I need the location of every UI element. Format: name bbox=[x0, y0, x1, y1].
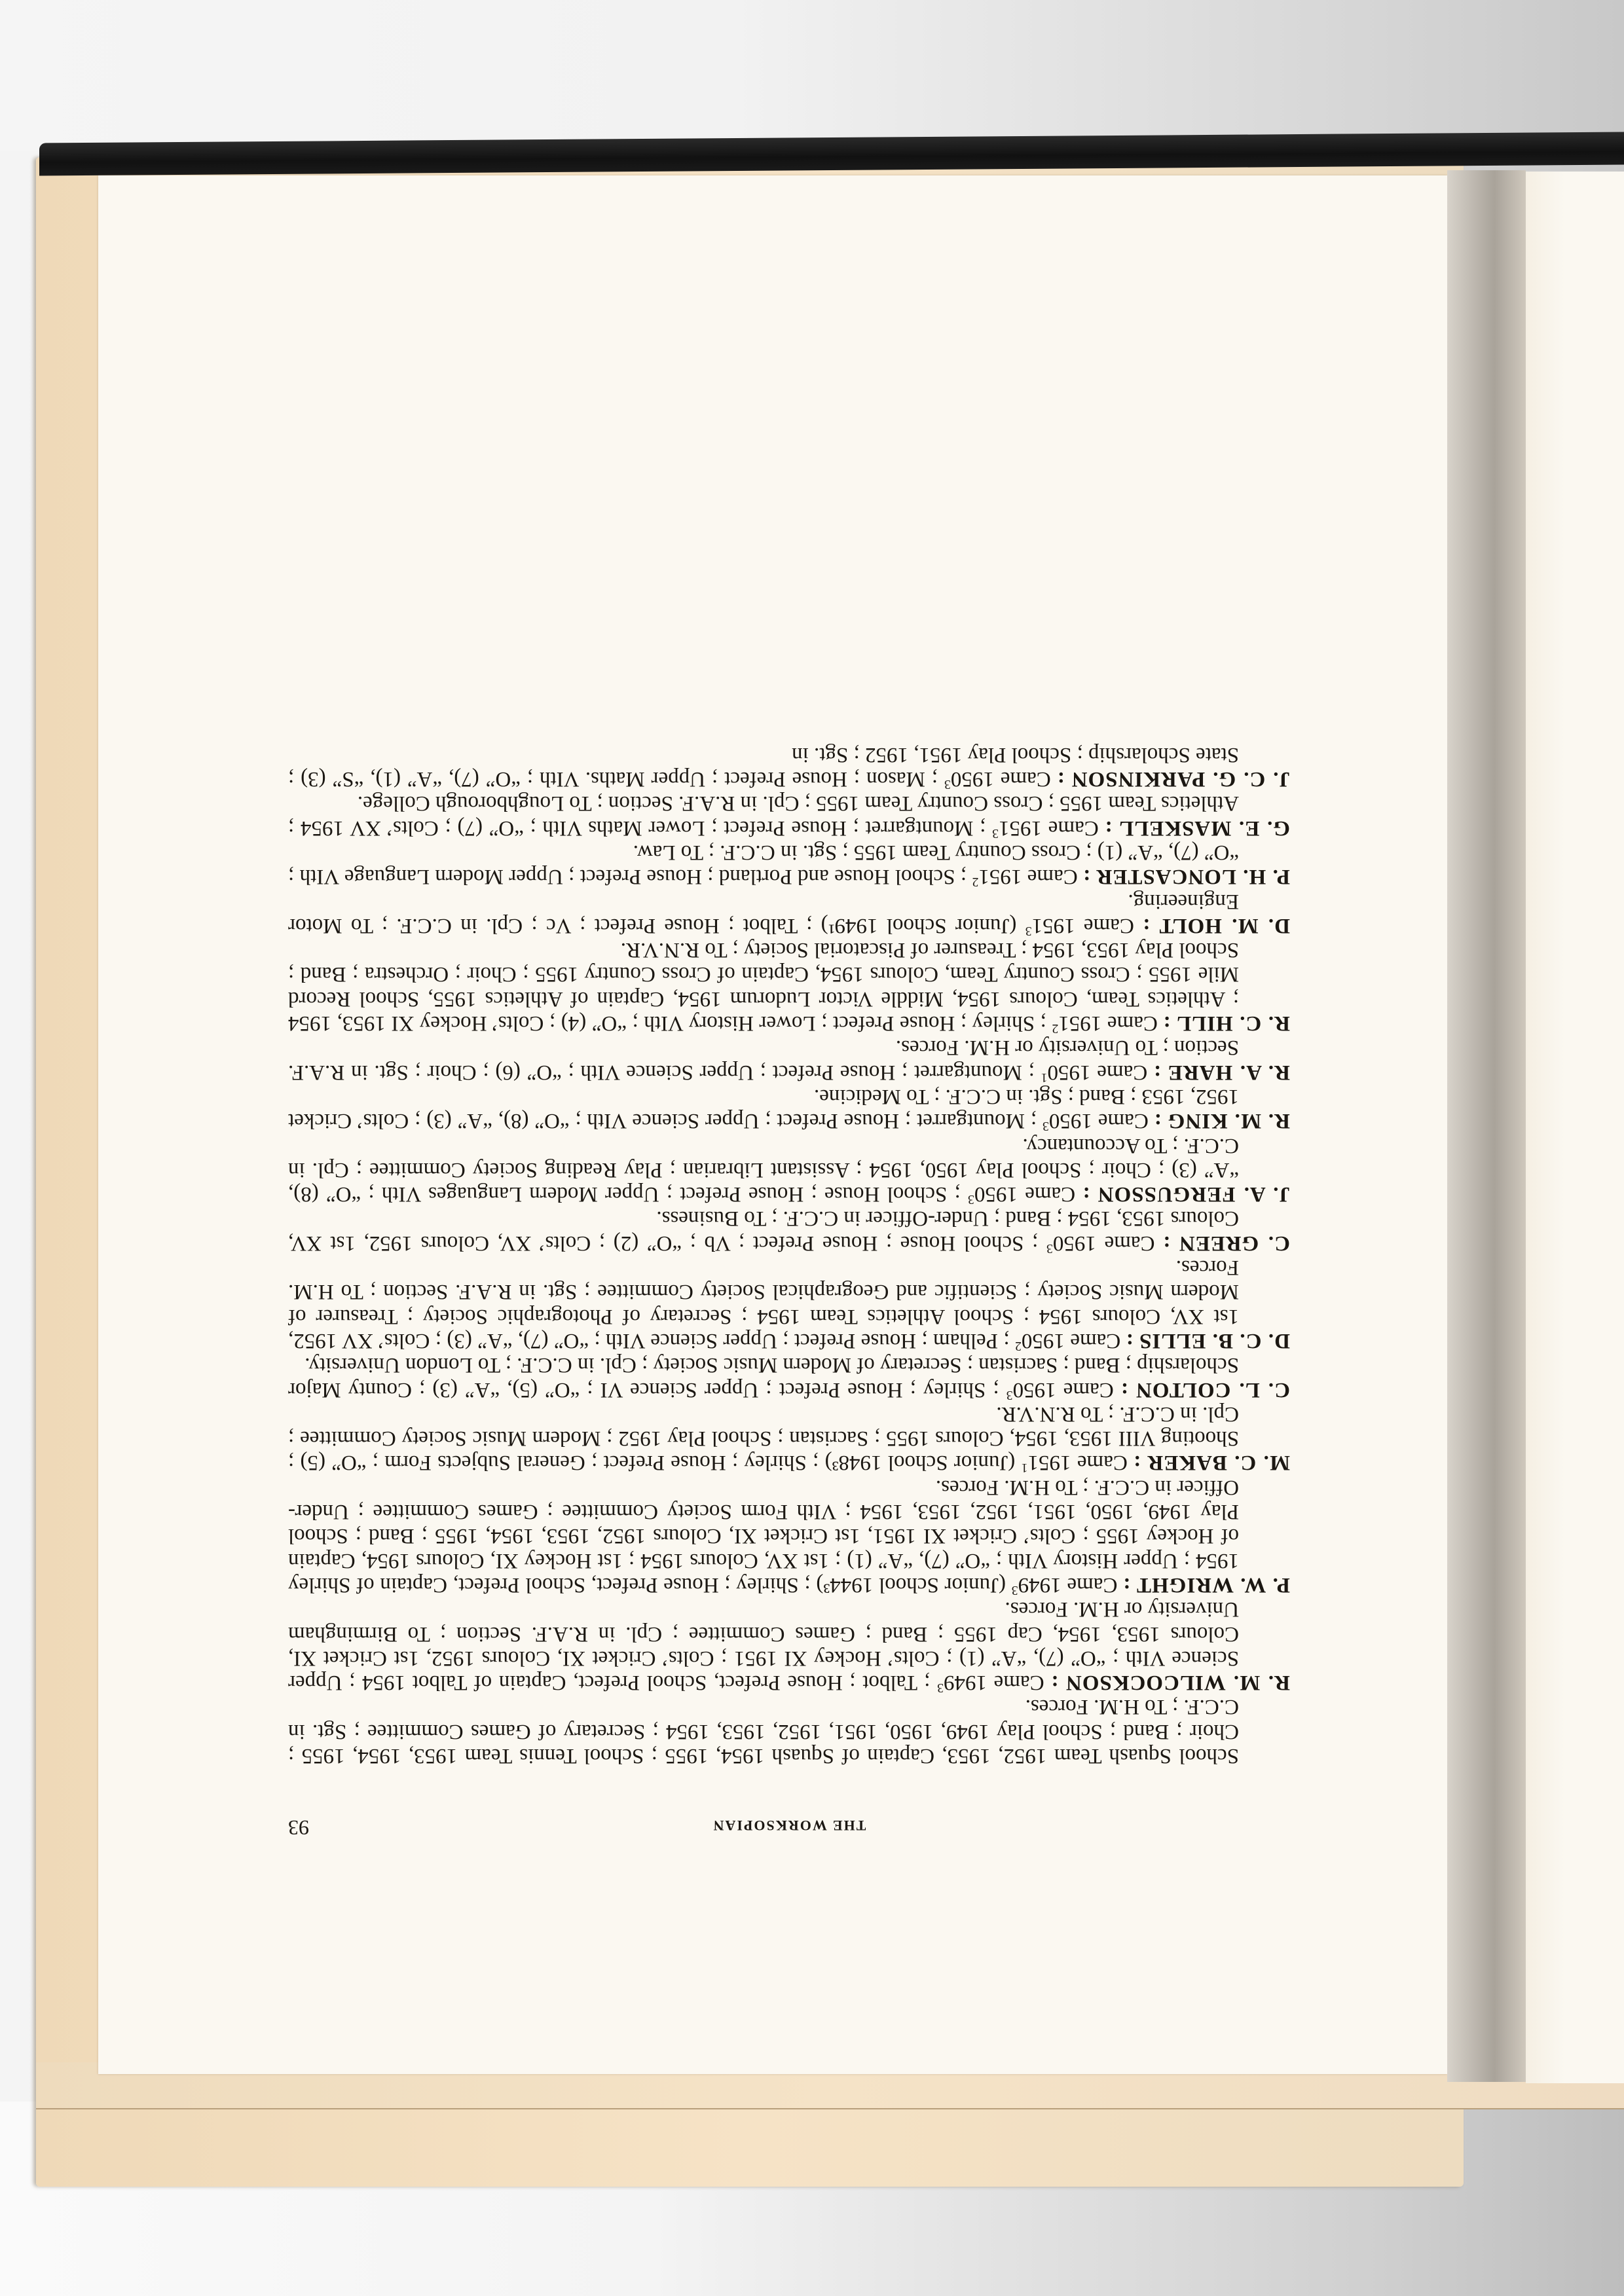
entry-name: D. M. HOLT bbox=[1159, 914, 1290, 938]
leaver-entry: P. H. LONCASTER : Came 19512 ; School Ho… bbox=[288, 840, 1290, 889]
entry-came-year: Came 1950 bbox=[1013, 1378, 1114, 1402]
entry-continuation: School Squash Team 1952, 1953, Captain o… bbox=[288, 1694, 1290, 1768]
entry-name: D. C. B. ELLIS bbox=[1139, 1329, 1290, 1353]
entry-came-year: Came 1950 bbox=[1049, 1109, 1149, 1133]
leaver-entry: R. M. KING : Came 19503 ; Mountgarret ; … bbox=[288, 1084, 1290, 1133]
leaver-entry: D. M. HOLT : Came 19513 (Junior School 1… bbox=[288, 888, 1290, 938]
entry-came-year: Came 1950 bbox=[1022, 1329, 1120, 1353]
entry-term-superscript: 1 bbox=[1041, 1070, 1048, 1085]
entry-came-year: Came 1950 bbox=[1047, 1061, 1147, 1084]
page-text-block: THE WORKSOPIAN 93 School Squash Team 195… bbox=[288, 383, 1290, 1840]
leaver-entry: C. L. COLTON : Came 19503 ; Shirley ; Ho… bbox=[288, 1353, 1290, 1402]
entry-name: R. A. HARE bbox=[1168, 1061, 1290, 1084]
entry-term-superscript: 2 bbox=[1052, 1021, 1058, 1036]
entry-colon: : bbox=[1117, 1573, 1136, 1597]
entry-came-year: Came 1951 bbox=[1028, 1451, 1128, 1474]
scanner-background-top bbox=[0, 0, 1624, 151]
leaver-entry: R. M. WILCOCKSON : Came 19493 ; Talbot ;… bbox=[288, 1597, 1290, 1694]
leaver-entry: J. A. FERGUSSON : Came 19503 ; School Ho… bbox=[288, 1133, 1290, 1206]
leaver-entry: P. W. WRIGHT : Came 19493 (Junior School… bbox=[288, 1474, 1290, 1596]
entry-came-year: Came 1949 bbox=[1018, 1573, 1118, 1597]
entry-came-year: Came 1950 bbox=[974, 1182, 1075, 1206]
entry-colon: : bbox=[1147, 1061, 1168, 1084]
entry-name: P. H. LONCASTER bbox=[1096, 865, 1290, 888]
leaver-entry: R. C. HILL : Came 19512 ; Shirley ; Hous… bbox=[288, 938, 1290, 1035]
running-head-title: THE WORKSOPIAN bbox=[327, 1813, 1251, 1838]
book-gutter bbox=[1447, 170, 1526, 2082]
entry-term-superscript: 3 bbox=[937, 1681, 944, 1695]
entry-term-superscript: 2 bbox=[1015, 1339, 1022, 1353]
entry-colon: : bbox=[1149, 1109, 1168, 1133]
entry-came-year: Came 1951 bbox=[1058, 1011, 1158, 1035]
entry-name: C. L. COLTON bbox=[1135, 1378, 1290, 1402]
leaver-entry: D. C. B. ELLIS : Came 19502 ; Pelham ; H… bbox=[288, 1255, 1290, 1353]
entry-colon: : bbox=[1114, 1378, 1135, 1402]
leaver-entry: M. C. BAKER : Came 19511 (Junior School … bbox=[288, 1402, 1290, 1475]
entry-name: P. W. WRIGHT bbox=[1136, 1573, 1290, 1597]
entry-term-superscript: 3 bbox=[992, 826, 999, 841]
entry-term-superscript: 2 bbox=[972, 875, 978, 889]
entry-term-superscript: 1 bbox=[1022, 1461, 1028, 1475]
entry-name: M. C. BAKER bbox=[1147, 1451, 1291, 1474]
running-head: THE WORKSOPIAN 93 bbox=[288, 1813, 1290, 1840]
entry-colon: : bbox=[1078, 865, 1096, 888]
entry-term-superscript: 3 bbox=[944, 777, 951, 792]
entry-came-year: Came 1950 bbox=[951, 767, 1051, 791]
page-number: 93 bbox=[288, 1815, 327, 1840]
leaver-entry: C. GREEN : Came 19503 ; School House ; H… bbox=[288, 1206, 1290, 1255]
entry-came-year: Came 1949 bbox=[944, 1671, 1044, 1694]
entry-came-year: Came 1951 bbox=[999, 816, 1099, 840]
entry-colon: : bbox=[1075, 1182, 1098, 1206]
entry-colon: : bbox=[1134, 914, 1159, 938]
entry-came-year: Came 1950 bbox=[1053, 1231, 1155, 1255]
entry-name: R. C. HILL bbox=[1176, 1011, 1290, 1035]
entry-colon: : bbox=[1099, 816, 1119, 840]
entry-term-superscript: 3 bbox=[1043, 1119, 1049, 1133]
leaver-entry: R. A. HARE : Came 19501 ; Mountgarret ; … bbox=[288, 1035, 1290, 1084]
entry-term-superscript: 3 bbox=[1025, 924, 1032, 938]
leaver-entry: J. C. G. PARKINSON : Came 19503 ; Mason … bbox=[288, 742, 1290, 792]
facing-page-edge bbox=[1526, 172, 1624, 2083]
entry-name: R. M. WILCOCKSON bbox=[1065, 1671, 1290, 1694]
entry-colon: : bbox=[1044, 1671, 1065, 1694]
entry-term-superscript: 3 bbox=[1046, 1241, 1053, 1256]
entry-colon: : bbox=[1128, 1451, 1147, 1474]
entry-name: J. C. G. PARKINSON bbox=[1071, 767, 1290, 791]
entry-term-superscript: 3 bbox=[1012, 1583, 1018, 1597]
entry-came-year: Came 1951 bbox=[1032, 914, 1134, 938]
obituary-entries-list: R. M. WILCOCKSON : Came 19493 ; Talbot ;… bbox=[288, 742, 1290, 1695]
entry-came-year: Came 1951 bbox=[978, 865, 1077, 888]
entry-colon: : bbox=[1120, 1329, 1139, 1353]
entry-colon: : bbox=[1158, 1011, 1176, 1035]
entry-name: J. A. FERGUSSON bbox=[1098, 1182, 1290, 1206]
entry-name: R. M. KING bbox=[1168, 1109, 1290, 1133]
entry-colon: : bbox=[1051, 767, 1071, 791]
entry-colon: : bbox=[1155, 1231, 1179, 1255]
entry-term-superscript: 3 bbox=[1006, 1388, 1013, 1402]
leaver-entry: G. E. MASKELL : Came 19513 ; Mountgarret… bbox=[288, 791, 1290, 840]
entry-term-superscript: 3 bbox=[968, 1192, 974, 1207]
entry-name: C. GREEN bbox=[1179, 1231, 1290, 1255]
entry-name: G. E. MASKELL bbox=[1118, 816, 1290, 840]
